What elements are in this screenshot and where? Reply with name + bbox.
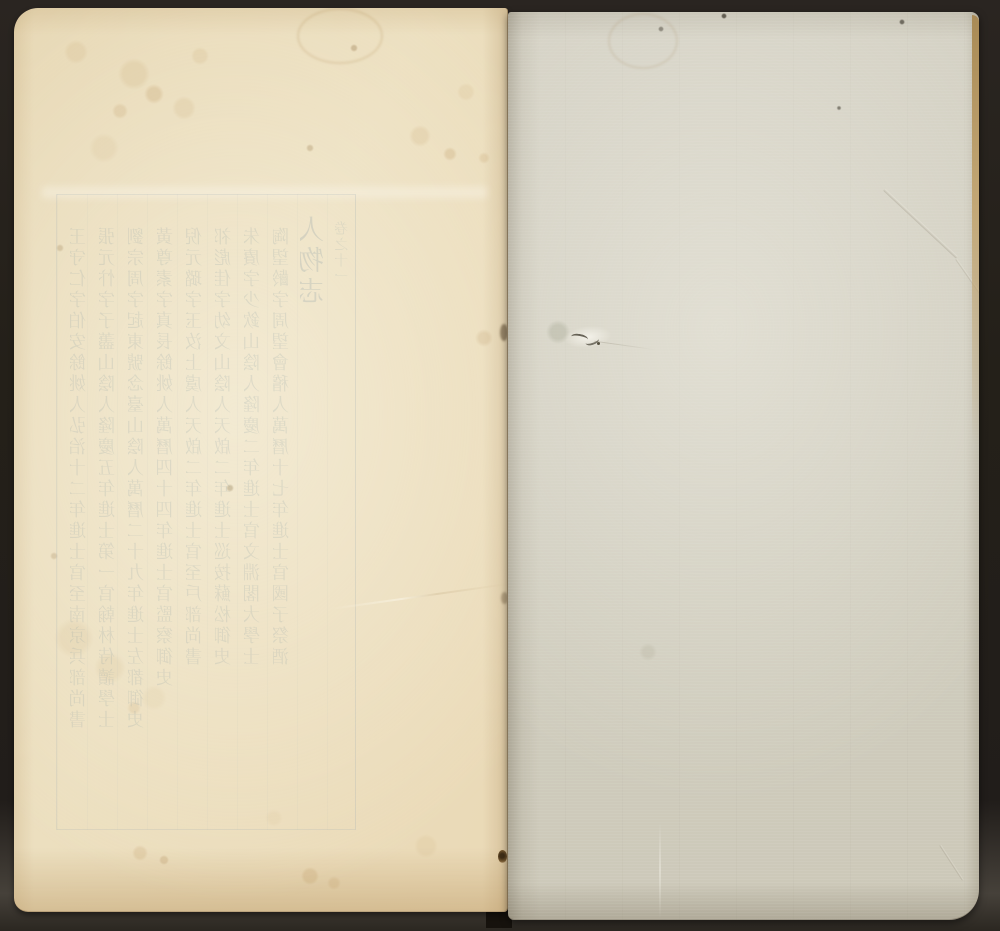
specks-overlay <box>508 12 979 919</box>
fore-edge-strip <box>972 15 979 445</box>
left-page: 王守仁字伯安餘姚人弘治十二年進士官至南京兵部尚書 張元忭字子藎山陰人隆慶五年進士… <box>14 8 508 912</box>
ghost-text-column: 王守仁字伯安餘姚人弘治十二年進士官至南京兵部尚書 <box>70 227 88 812</box>
book-scan-photo: 王守仁字伯安餘姚人弘治十二年進士官至南京兵部尚書 張元忭字子藎山陰人隆慶五年進士… <box>0 0 1000 931</box>
right-page <box>508 12 979 920</box>
ghost-text-column: 祁彪佳字幼文山陰人天啟二年進士巡按蘇松御史 <box>215 227 233 812</box>
ghost-title-column: 人物志 <box>300 215 327 545</box>
vertical-crease <box>659 822 661 918</box>
edge-tear <box>500 324 508 341</box>
ghost-side-column: 卷之十一 <box>335 221 349 806</box>
ring-stain <box>297 8 383 64</box>
edge-chip <box>501 592 508 604</box>
ghost-text-column: 劉宗周字起東號念臺山陰人萬曆二十九年進士左都御史 <box>128 227 146 812</box>
wormhole <box>498 850 507 863</box>
ghost-text-column: 朱賡字少欽山陰人隆慶二年進士官文淵閣大學士 <box>244 227 262 812</box>
ghost-text-column: 黃尊素字真長餘姚人萬曆四十四年進士官監察御史 <box>157 227 175 812</box>
ghost-text-column: 陶望齡字周望會稽人萬曆十七年進士官國子祭酒 <box>273 227 291 812</box>
ghost-text-column: 倪元璐字玉汝上虞人天啟二年進士官至戶部尚書 <box>186 227 204 812</box>
ghost-text-column: 張元忭字子藎山陰人隆慶五年進士第一官翰林侍讀學士 <box>99 227 117 812</box>
ghost-text-block: 王守仁字伯安餘姚人弘治十二年進士官至南京兵部尚書 張元忭字子藎山陰人隆慶五年進士… <box>56 194 356 830</box>
